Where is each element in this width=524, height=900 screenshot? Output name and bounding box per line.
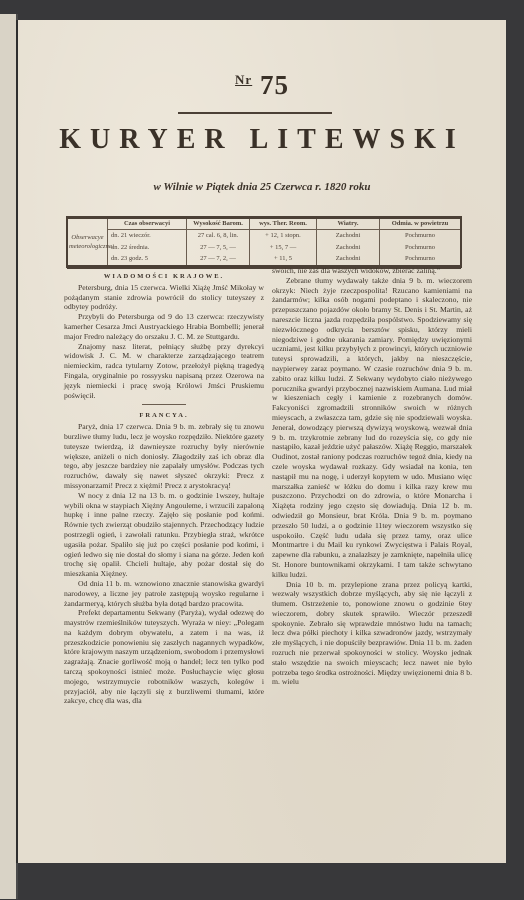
article-paragraph: W nocy z dnia 12 na 13 b. m. o godzinie … [64, 491, 264, 579]
issue-label: Nr [235, 72, 252, 87]
issue-number: Nr 75 [18, 70, 506, 101]
meteo-cell: Pochmurno [380, 253, 460, 265]
meteo-cell: dn. 21 wieczór. [108, 230, 186, 242]
meteo-header: Czas obserwacyi [108, 219, 186, 230]
meteo-cell: 27 — 7, 5, — [187, 242, 249, 254]
article-paragraph: Przybyli do Petersburga od 9 do 13 czerw… [64, 312, 264, 341]
newspaper-page: Nr 75 KURYER LITEWSKI w Wilnie w Piątek … [16, 20, 506, 863]
meteo-col-barometer: Wysokość Barom. 27 cal. 6, 8, lin. 27 — … [187, 219, 250, 265]
article-paragraph: Paryż, dnia 17 czerwca. Dnia 9 b. m. zeb… [64, 422, 264, 491]
meteo-cell: + 12, 1 stopn. [250, 230, 316, 242]
article-paragraph: Zebrane tłumy wydawały także dnia 9 b. m… [272, 276, 472, 580]
article-columns: WIADOMOŚCI KRAJOWE. Petersburg, dnia 15 … [64, 266, 484, 826]
right-column: swoich, nie zaś dla waszych widoków, zbi… [272, 266, 472, 687]
meteo-cell: 27 — 7, 2, — [187, 253, 249, 265]
meteo-cell: + 15, 7 — [250, 242, 316, 254]
meteo-col-wind: Wiatry. Zachodni Zachodni Zachodni [317, 219, 380, 265]
article-paragraph: Dnia 10 b. m. przylepione zrana przez po… [272, 580, 472, 688]
newspaper-title: KURYER LITEWSKI [18, 124, 506, 156]
meteo-cell: Pochmurno [380, 242, 460, 254]
meteo-cell: Zachodni [317, 230, 379, 242]
meteo-col-weather: Odmia. w powietrzu Pochmurno Pochmurno P… [380, 219, 460, 265]
meteo-cell: + 11, 5 [250, 253, 316, 265]
meteo-cell: dn. 22 średnia. [108, 242, 186, 254]
article-paragraph: Od dnia 11 b. m. wznowiono znacznie stan… [64, 579, 264, 608]
meteo-col-thermometer: wys. Ther. Reom. + 12, 1 stopn. + 15, 7 … [250, 219, 317, 265]
meteo-cell: Zachodni [317, 242, 379, 254]
meteo-header: wys. Ther. Reom. [250, 219, 316, 230]
meteo-header: Wysokość Barom. [187, 219, 249, 230]
issue-number-value: 75 [260, 70, 289, 100]
dateline: w Wilnie w Piątek dnia 25 Czerwca r. 182… [18, 181, 506, 193]
section-divider [142, 404, 186, 405]
article-paragraph: swoich, nie zaś dla waszych widoków, zbi… [272, 266, 472, 276]
meteo-row-label: Obserwacye meteorologiczne. [68, 219, 108, 265]
meteo-col-time: Czas obserwacyi dn. 21 wieczór. dn. 22 ś… [108, 219, 187, 265]
left-column: WIADOMOŚCI KRAJOWE. Petersburg, dnia 15 … [64, 266, 264, 706]
meteo-cell: Pochmurno [380, 230, 460, 242]
meteo-header: Wiatry. [317, 219, 379, 230]
article-paragraph: Petersburg, dnia 15 czerwca. Wielki Xiąż… [64, 283, 264, 312]
title-rule [178, 112, 332, 115]
section-heading-domestic-news: WIADOMOŚCI KRAJOWE. [64, 272, 264, 282]
meteo-header: Odmia. w powietrzu [380, 219, 460, 230]
meteo-cell: dn. 23 godz. 5 [108, 253, 186, 265]
meteo-cell: Zachodni [317, 253, 379, 265]
section-heading-france: FRANCYA. [64, 411, 264, 421]
meteorological-table: Obserwacye meteorologiczne. Czas obserwa… [66, 216, 462, 268]
article-paragraph: Prefekt departamentu Sekwany (Paryża), w… [64, 608, 264, 706]
article-paragraph: Znajomy nasz literat, pełniący służbę pr… [64, 342, 264, 401]
meteo-cell: 27 cal. 6, 8, lin. [187, 230, 249, 242]
